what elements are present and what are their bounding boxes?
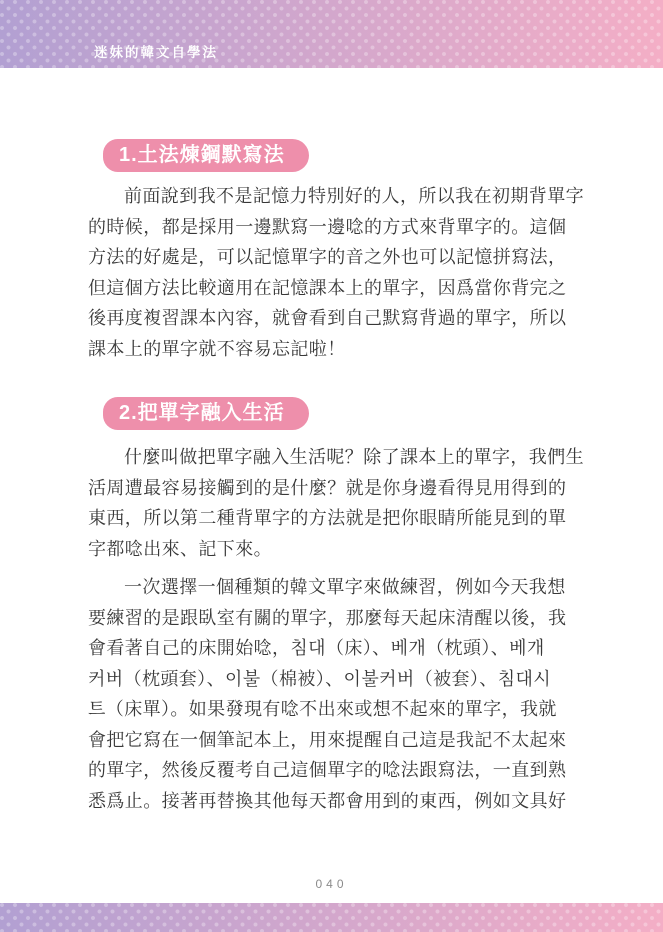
text-line: 什麼叫做把單字融入生活呢？除了課本上的單字，我們生 [88, 442, 577, 473]
section-2-heading-label: 2.把單字融入生活 [119, 402, 285, 424]
section-1-heading-pill: 1.土法煉鋼默寫法 [103, 139, 309, 172]
text-line: 東西，所以第二種背單字的方法就是把你眼睛所能見到的單 [88, 503, 577, 534]
text-line: 會看著自己的床開始唸，침대（床）、베개（枕頭）、베개 [88, 633, 577, 664]
text-line: 커버（枕頭套）、이불（棉被）、이불커버（被套）、침대시 [88, 664, 577, 695]
footer-band [0, 903, 663, 932]
text-line: 會把它寫在一個筆記本上，用來提醒自己這是我記不太起來 [88, 725, 577, 756]
section-1-heading-label: 1.土法煉鋼默寫法 [119, 144, 285, 166]
section-memorization-method: 1.土法煉鋼默寫法 前面說到我不是記憶力特別好的人，所以我在初期背單字的時候，都… [88, 139, 577, 364]
text-line: 트（床單）。如果發現有唸不出來或想不起來的單字，我就 [88, 694, 577, 725]
text-line: 一次選擇一個種類的韓文單字來做練習，例如今天我想 [88, 572, 577, 603]
paragraph: 什麼叫做把單字融入生活呢？除了課本上的單字，我們生活周遭最容易接觸到的是什麼？就… [88, 442, 577, 564]
text-line: 要練習的是跟臥室有關的單字，那麼每天起床清醒以後，我 [88, 603, 577, 634]
text-line: 的時候，都是採用一邊默寫一邊唸的方式來背單字的。這個 [88, 212, 577, 243]
page-number: 040 [0, 877, 663, 891]
text-line: 前面說到我不是記憶力特別好的人，所以我在初期背單字 [88, 181, 577, 212]
text-line: 但這個方法比較適用在記憶課本上的單字，因爲當你背完之 [88, 273, 577, 304]
text-line: 方法的好處是，可以記憶單字的音之外也可以記憶拼寫法， [88, 242, 577, 273]
paragraph: 一次選擇一個種類的韓文單字來做練習，例如今天我想要練習的是跟臥室有關的單字，那麼… [88, 572, 577, 816]
paragraph: 前面說到我不是記憶力特別好的人，所以我在初期背單字的時候，都是採用一邊默寫一邊唸… [88, 181, 577, 364]
section-2-heading-pill: 2.把單字融入生活 [103, 397, 309, 430]
text-line: 的單字，然後反覆考自己這個單字的唸法跟寫法，一直到熟 [88, 755, 577, 786]
page-content: 1.土法煉鋼默寫法 前面說到我不是記憶力特別好的人，所以我在初期背單字的時候，都… [0, 0, 663, 816]
text-line: 悉爲止。接著再替換其他每天都會用到的東西，例如文具好 [88, 786, 577, 817]
text-line: 字都唸出來、記下來。 [88, 534, 577, 565]
text-line: 課本上的單字就不容易忘記啦！ [88, 334, 577, 365]
book-page: { "theme": { "gradient_left": "#b2a0d2",… [0, 0, 663, 932]
text-line: 後再度複習課本內容，就會看到自己默寫背過的單字，所以 [88, 303, 577, 334]
text-line: 活周遭最容易接觸到的是什麼？就是你身邊看得見用得到的 [88, 473, 577, 504]
section-vocab-in-life: 2.把單字融入生活 什麼叫做把單字融入生活呢？除了課本上的單字，我們生活周遭最容… [88, 397, 577, 816]
